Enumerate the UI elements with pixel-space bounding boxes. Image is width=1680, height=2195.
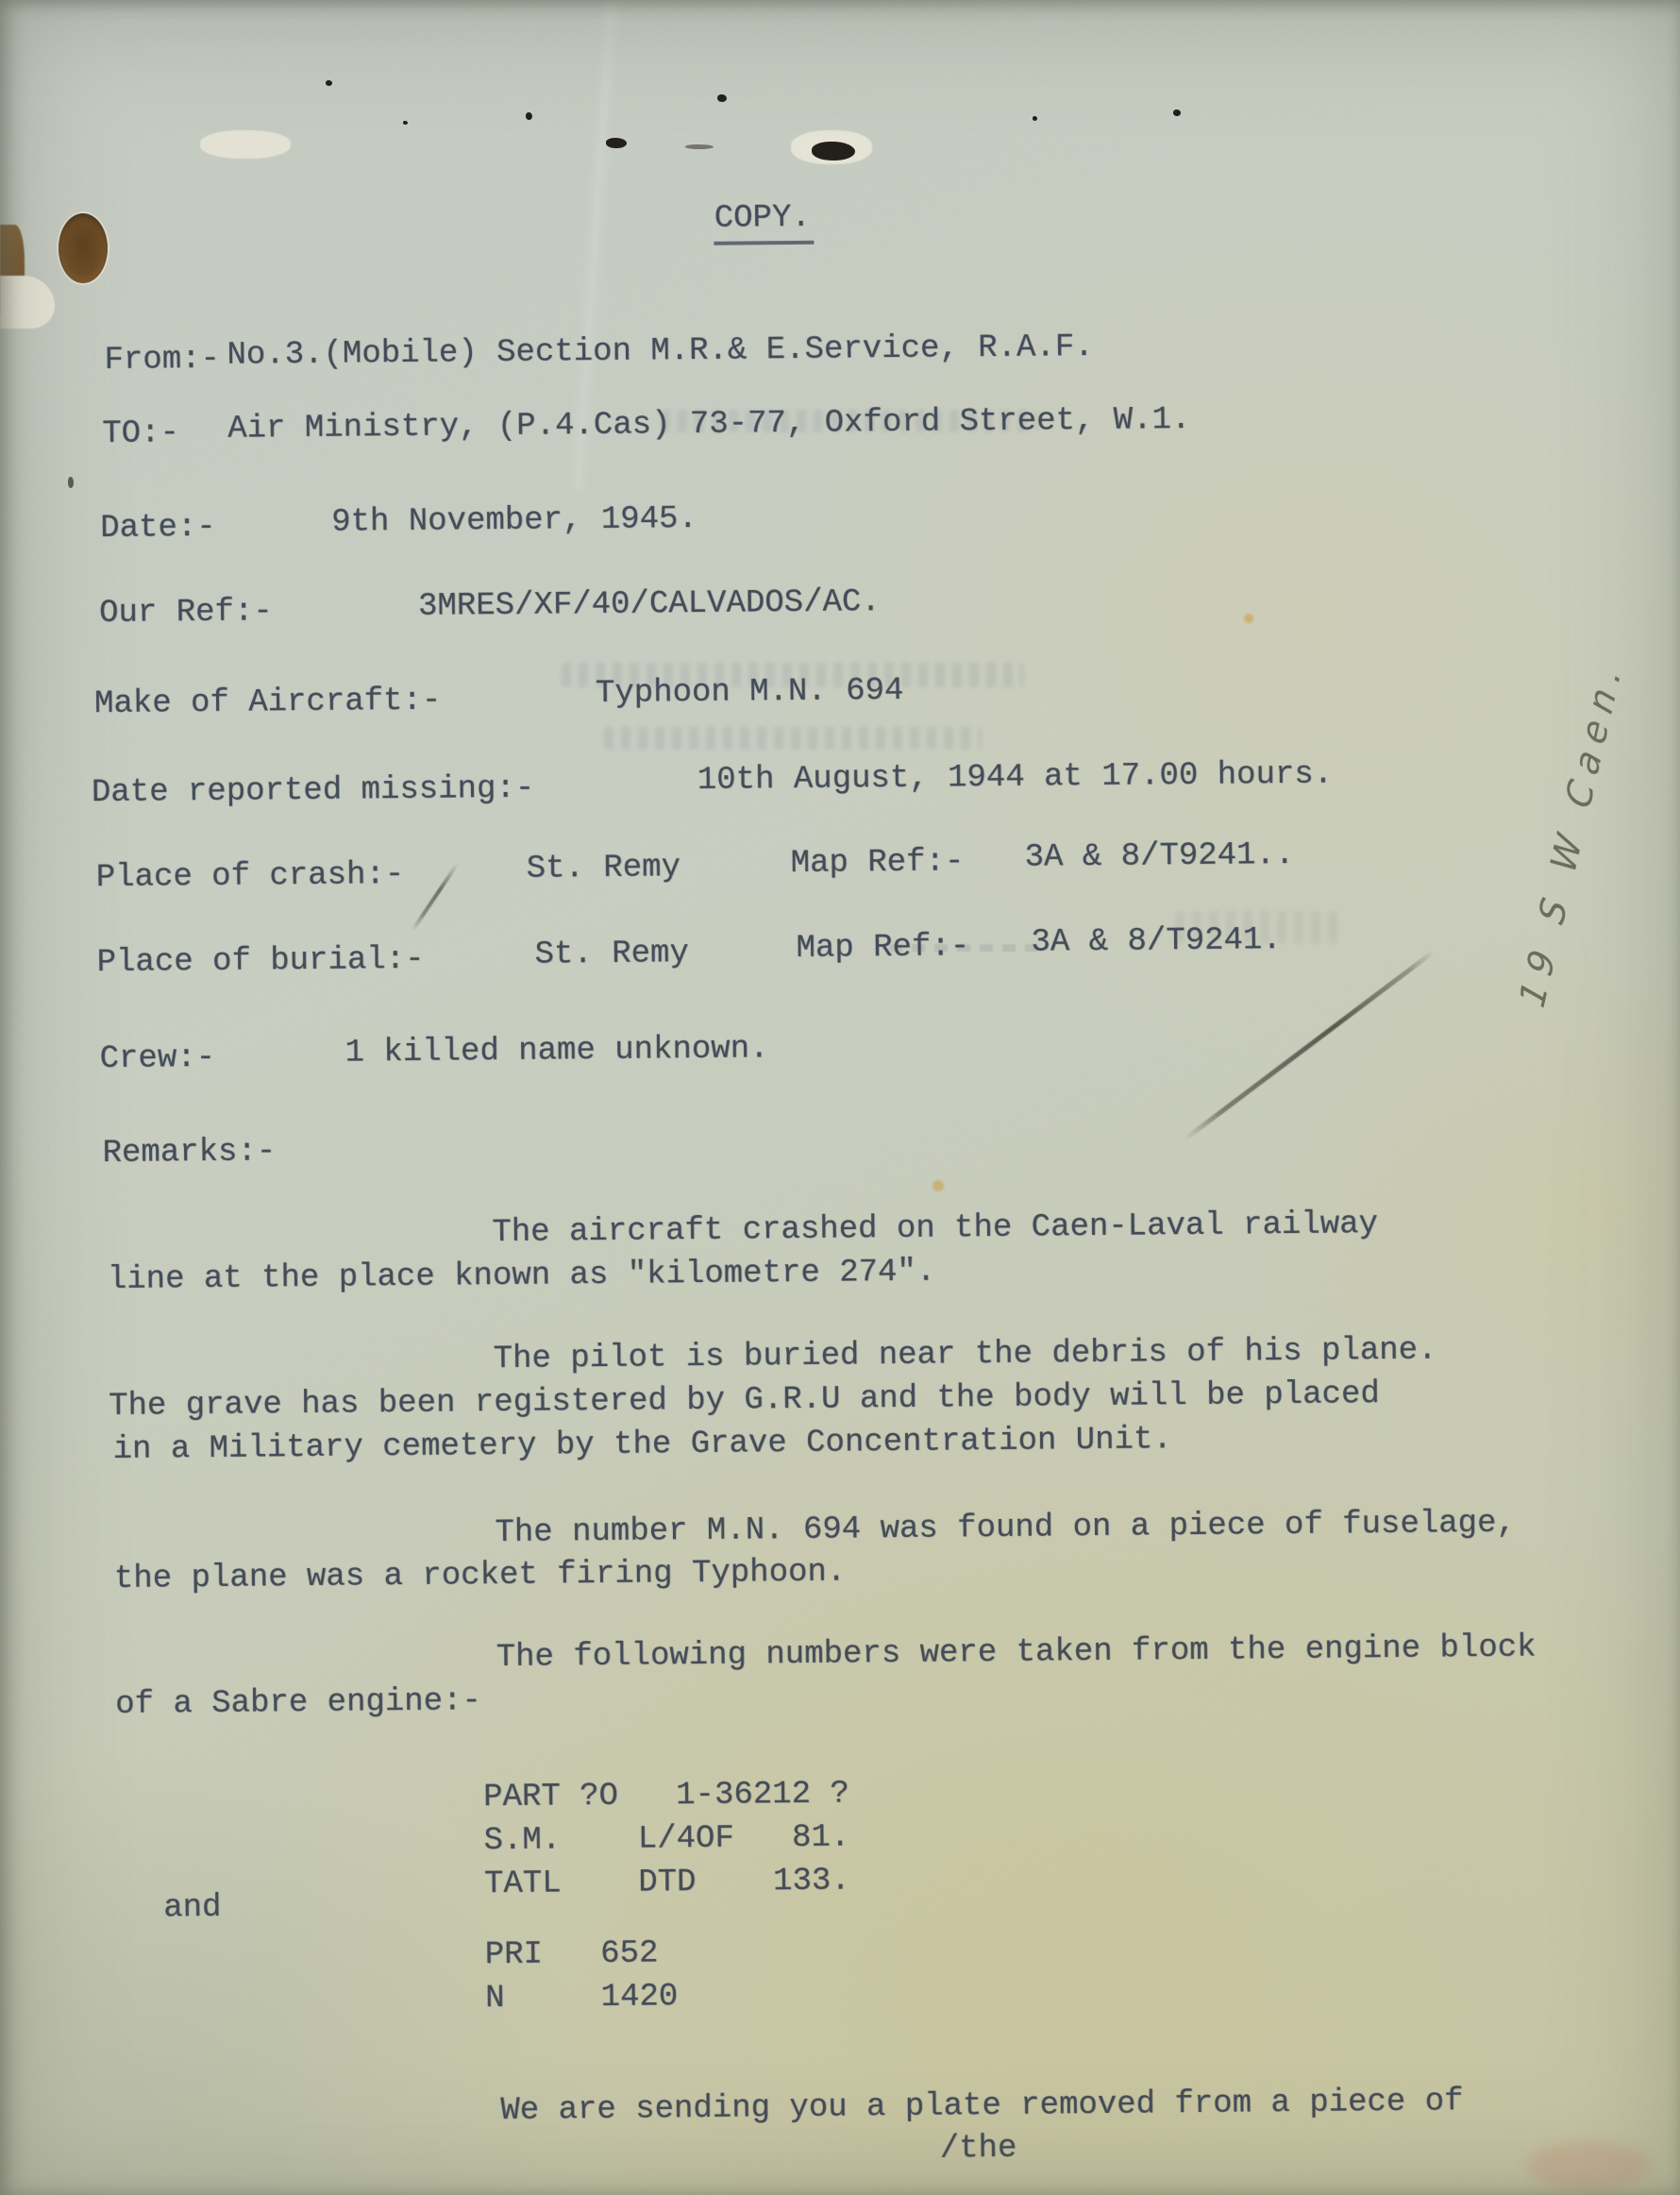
paragraph-line: in a Military cemetery by the Grave Conc… xyxy=(112,1421,1172,1469)
typed-content: COPY. From:- No.3.(Mobile) Section M.R.&… xyxy=(0,0,1680,2195)
field-value-crew: 1 killed name unknown. xyxy=(344,1030,768,1072)
field-label-missing: Date reported missing:- xyxy=(92,770,535,813)
scanned-document-page: { "document": { "title": "COPY.", "field… xyxy=(0,0,1680,2195)
field-value-our-ref: 3MRES/XF/40/CALVADOS/AC. xyxy=(418,583,881,626)
paragraph-line: the plane was a rocket firing Typhoon. xyxy=(114,1554,847,1598)
field-label-crew: Crew:- xyxy=(99,1039,215,1078)
paragraph-line: The aircraft crashed on the Caen-Laval r… xyxy=(492,1206,1378,1252)
engine-number-line: N 1420 xyxy=(485,1978,678,2018)
field-label-crash: Place of crash:- xyxy=(96,856,405,897)
field-value-missing: 10th August, 1944 at 17.00 hours. xyxy=(697,756,1334,800)
closing-line: We are sending you a plate removed from … xyxy=(500,2083,1464,2130)
field-value-date: 9th November, 1945. xyxy=(331,500,697,542)
paragraph-line: The grave has been registered by G.R.U a… xyxy=(109,1376,1380,1426)
field-label-our-ref: Our Ref:- xyxy=(99,593,273,633)
page-title-text: COPY. xyxy=(714,200,814,245)
engine-number-line: S.M. L/4OF 81. xyxy=(483,1818,849,1860)
field-value-burial: St. Remy xyxy=(534,935,689,974)
field-value-burial-mapref: 3A & 8/T9241. xyxy=(1031,921,1282,962)
page-continuation-mark: /the xyxy=(940,2130,1017,2169)
engine-number-line: PART ?O 1-36212 ? xyxy=(483,1776,849,1817)
connector-word: and xyxy=(163,1889,222,1928)
field-label-from: From:- xyxy=(104,341,220,380)
paragraph-line: The following numbers were taken from th… xyxy=(496,1629,1537,1678)
paragraph-line: The pilot is buried near the debris of h… xyxy=(494,1332,1437,1379)
field-value-from: No.3.(Mobile) Section M.R.& E.Service, R… xyxy=(227,329,1093,375)
page-title: COPY. xyxy=(636,161,815,277)
paragraph-line: of a Sabre engine:- xyxy=(115,1682,481,1724)
field-label-crash-mapref: Map Ref:- xyxy=(790,843,964,883)
field-value-aircraft: Typhoon M.N. 694 xyxy=(596,672,904,713)
field-value-crash: St. Remy xyxy=(527,849,681,888)
field-label-remarks: Remarks:- xyxy=(102,1133,276,1173)
field-value-crash-mapref: 3A & 8/T9241.. xyxy=(1024,836,1294,877)
paragraph-line: line at the place known as "kilometre 27… xyxy=(108,1254,936,1299)
engine-number-line: TATL DTD 133. xyxy=(484,1862,850,1903)
paragraph-line: The number M.N. 694 was found on a piece… xyxy=(495,1505,1516,1552)
field-label-date: Date:- xyxy=(100,509,216,548)
engine-number-line: PRI 652 xyxy=(485,1934,659,1974)
field-label-aircraft: Make of Aircraft:- xyxy=(94,683,442,724)
field-label-burial-mapref: Map Ref:- xyxy=(796,928,969,968)
field-value-to: Air Ministry, (P.4.Cas) 73-77, Oxford St… xyxy=(227,401,1191,448)
field-label-burial: Place of burial:- xyxy=(96,941,424,982)
field-label-to: TO:- xyxy=(102,414,179,453)
